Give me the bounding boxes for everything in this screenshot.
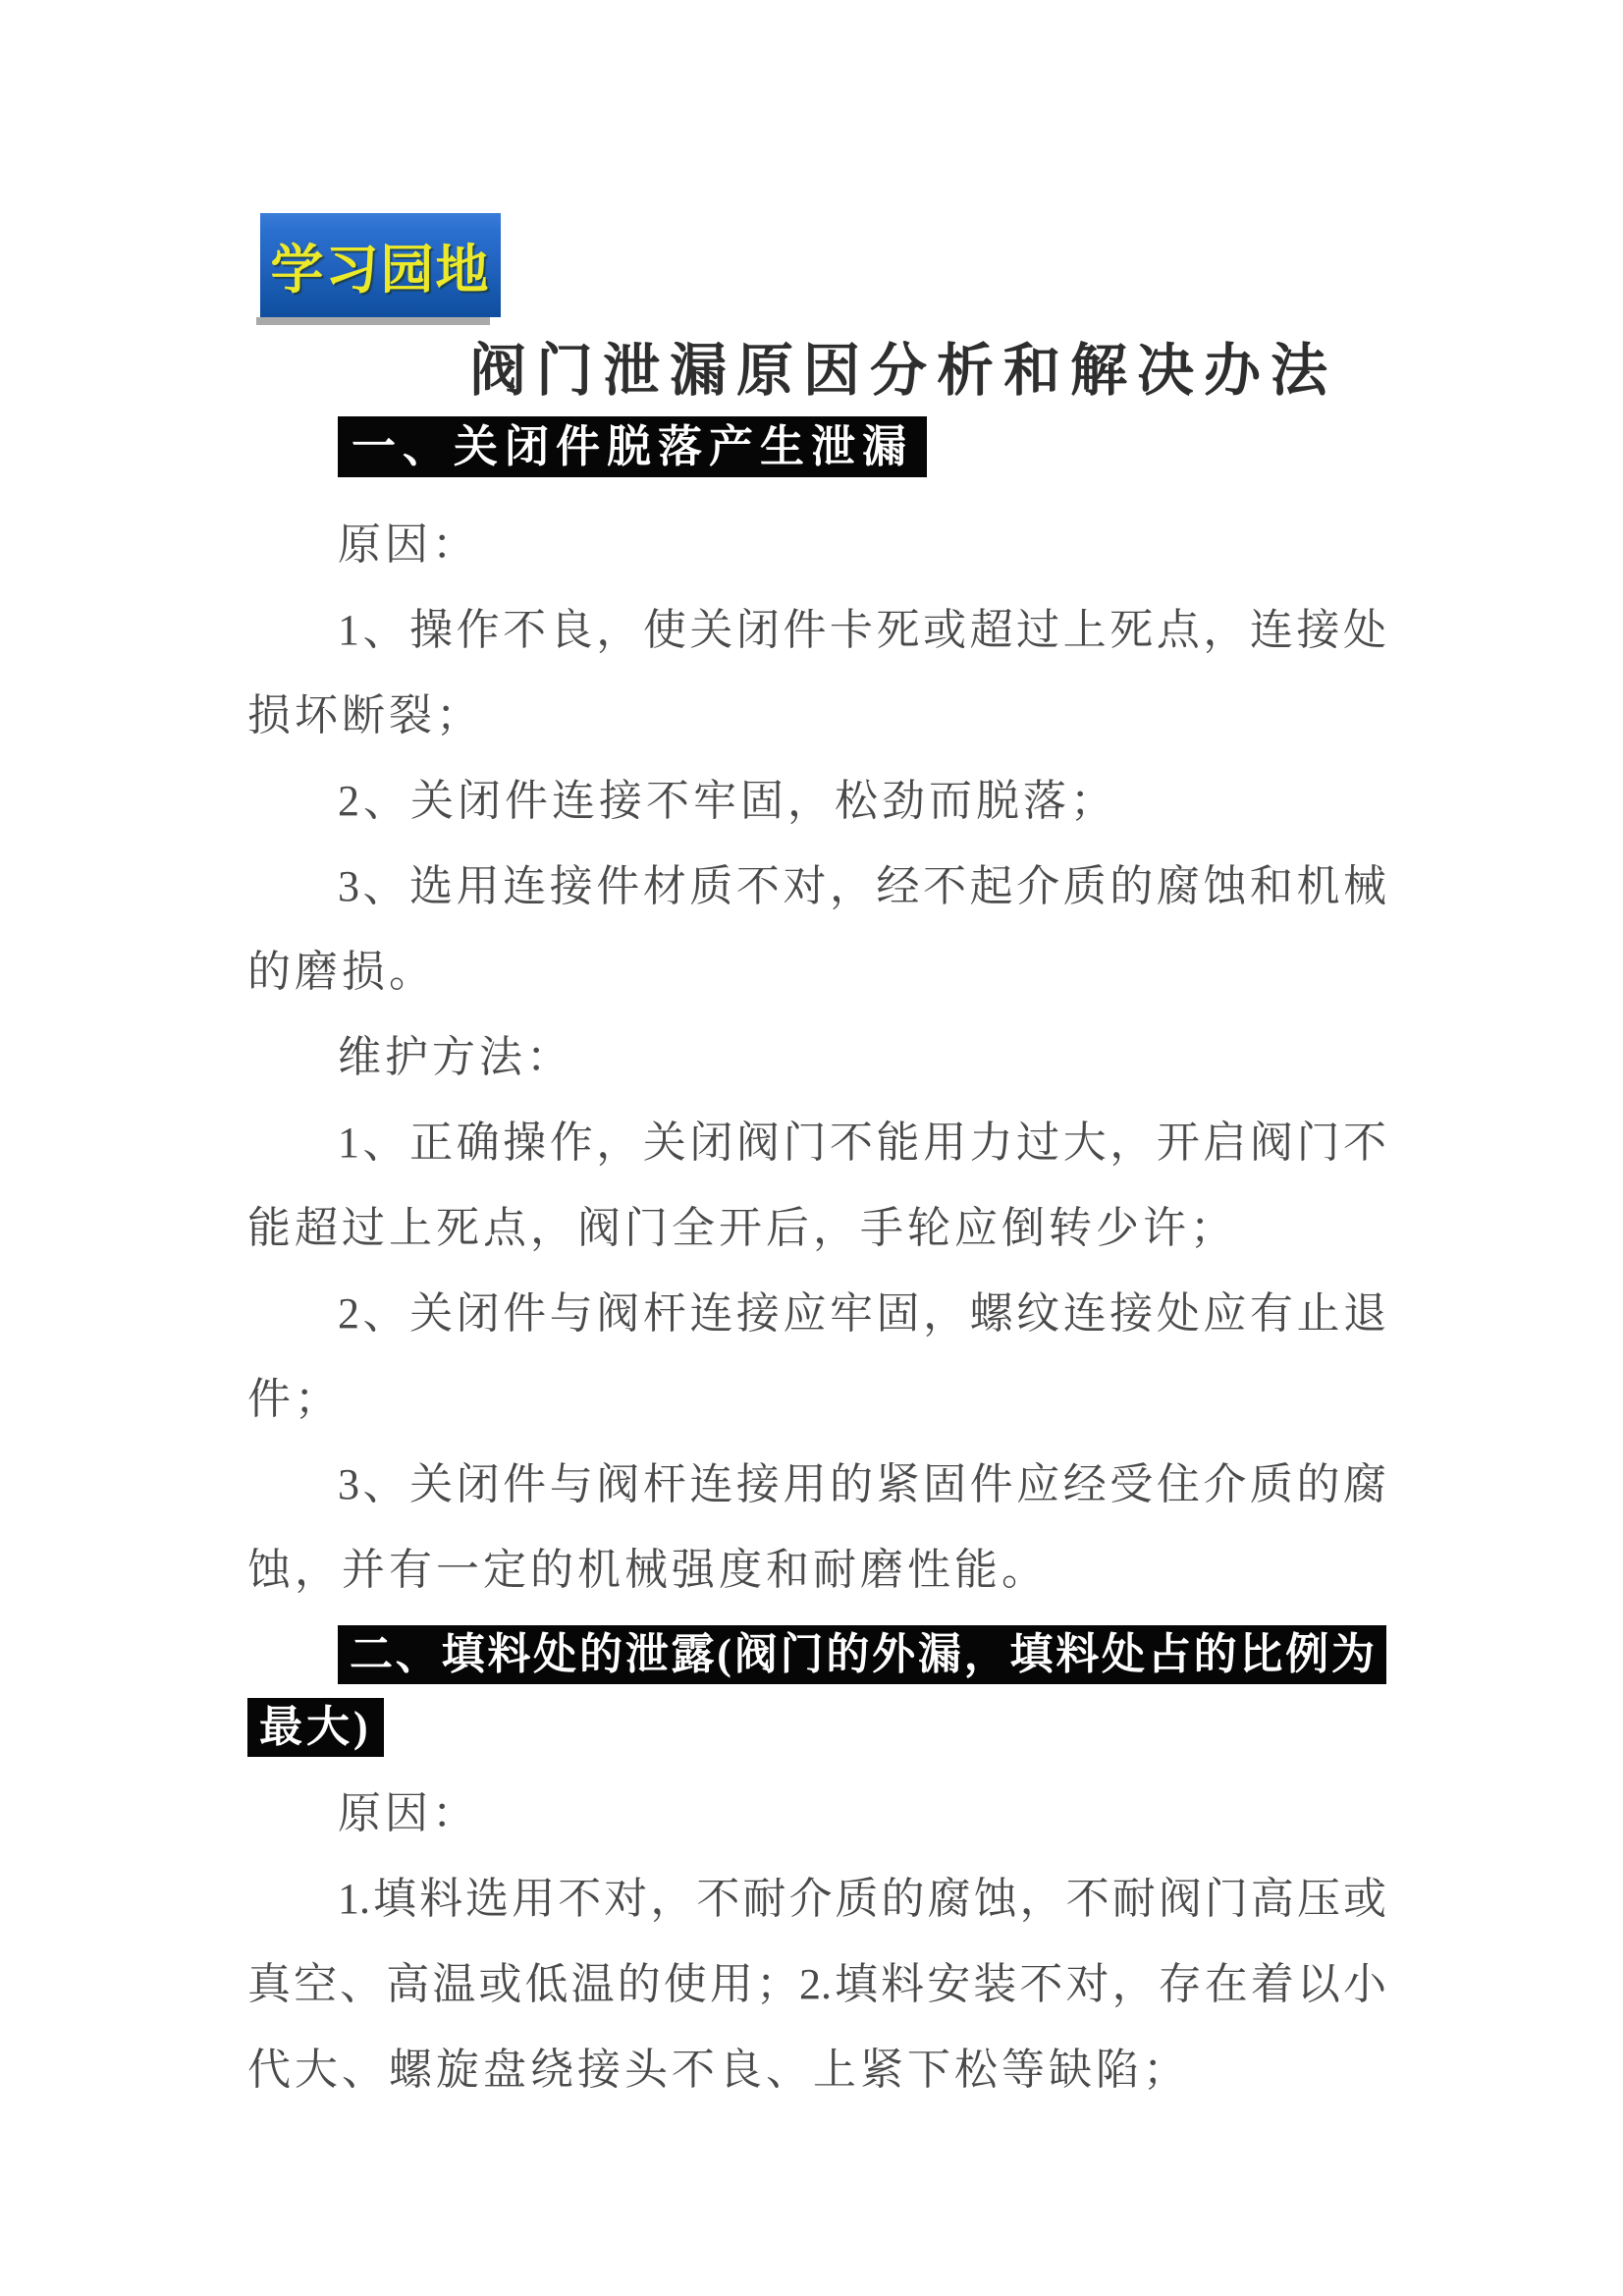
text-line: 3、关闭件与阀杆连接用的紧固件应经受住介质的腐 xyxy=(247,1442,1386,1527)
section-heading-line: 最大) xyxy=(247,1698,384,1757)
badge-label: 学习园地 xyxy=(271,228,491,303)
text-line: 2、关闭件连接不牢固，松劲而脱落； xyxy=(247,758,1386,844)
text-line: 能超过上死点，阀门全开后，手轮应倒转少许； xyxy=(247,1185,1386,1271)
text-line: 蚀，并有一定的机械强度和耐磨性能。 xyxy=(247,1527,1386,1613)
section-heading-line: 二、填料处的泄露(阀门的外漏，填料处占的比例为 xyxy=(338,1625,1386,1684)
text-line: 原因： xyxy=(247,1771,1386,1856)
text-line: 3、选用连接件材质不对，经不起介质的腐蚀和机械 xyxy=(247,844,1386,929)
document-page: 学习园地 阀门泄漏原因分析和解决办法 一、关闭件脱落产生泄漏原因：1、操作不良，… xyxy=(0,0,1623,2296)
learning-corner-badge: 学习园地 xyxy=(260,213,501,317)
text-line: 1.填料选用不对，不耐介质的腐蚀，不耐阀门高压或 xyxy=(247,1856,1386,1941)
document-body: 一、关闭件脱落产生泄漏原因：1、操作不良，使关闭件卡死或超过上死点，连接处损坏断… xyxy=(247,416,1386,2112)
text-line: 代大、螺旋盘绕接头不良、上紧下松等缺陷； xyxy=(247,2027,1386,2112)
page-title: 阀门泄漏原因分析和解决办法 xyxy=(469,324,1337,407)
text-line: 损坏断裂； xyxy=(247,673,1386,758)
text-line: 1、操作不良，使关闭件卡死或超过上死点，连接处 xyxy=(247,587,1386,673)
text-line: 1、正确操作，关闭阀门不能用力过大，开启阀门不 xyxy=(247,1100,1386,1185)
text-line: 真空、高温或低温的使用；2.填料安装不对，存在着以小 xyxy=(247,1941,1386,2027)
section-heading: 一、关闭件脱落产生泄漏 xyxy=(338,416,927,477)
text-line: 原因： xyxy=(247,502,1386,587)
text-line: 的磨损。 xyxy=(247,929,1386,1014)
text-line: 维护方法： xyxy=(247,1014,1386,1100)
text-line: 2、关闭件与阀杆连接应牢固，螺纹连接处应有止退 xyxy=(247,1271,1386,1356)
text-line: 件； xyxy=(247,1356,1386,1442)
